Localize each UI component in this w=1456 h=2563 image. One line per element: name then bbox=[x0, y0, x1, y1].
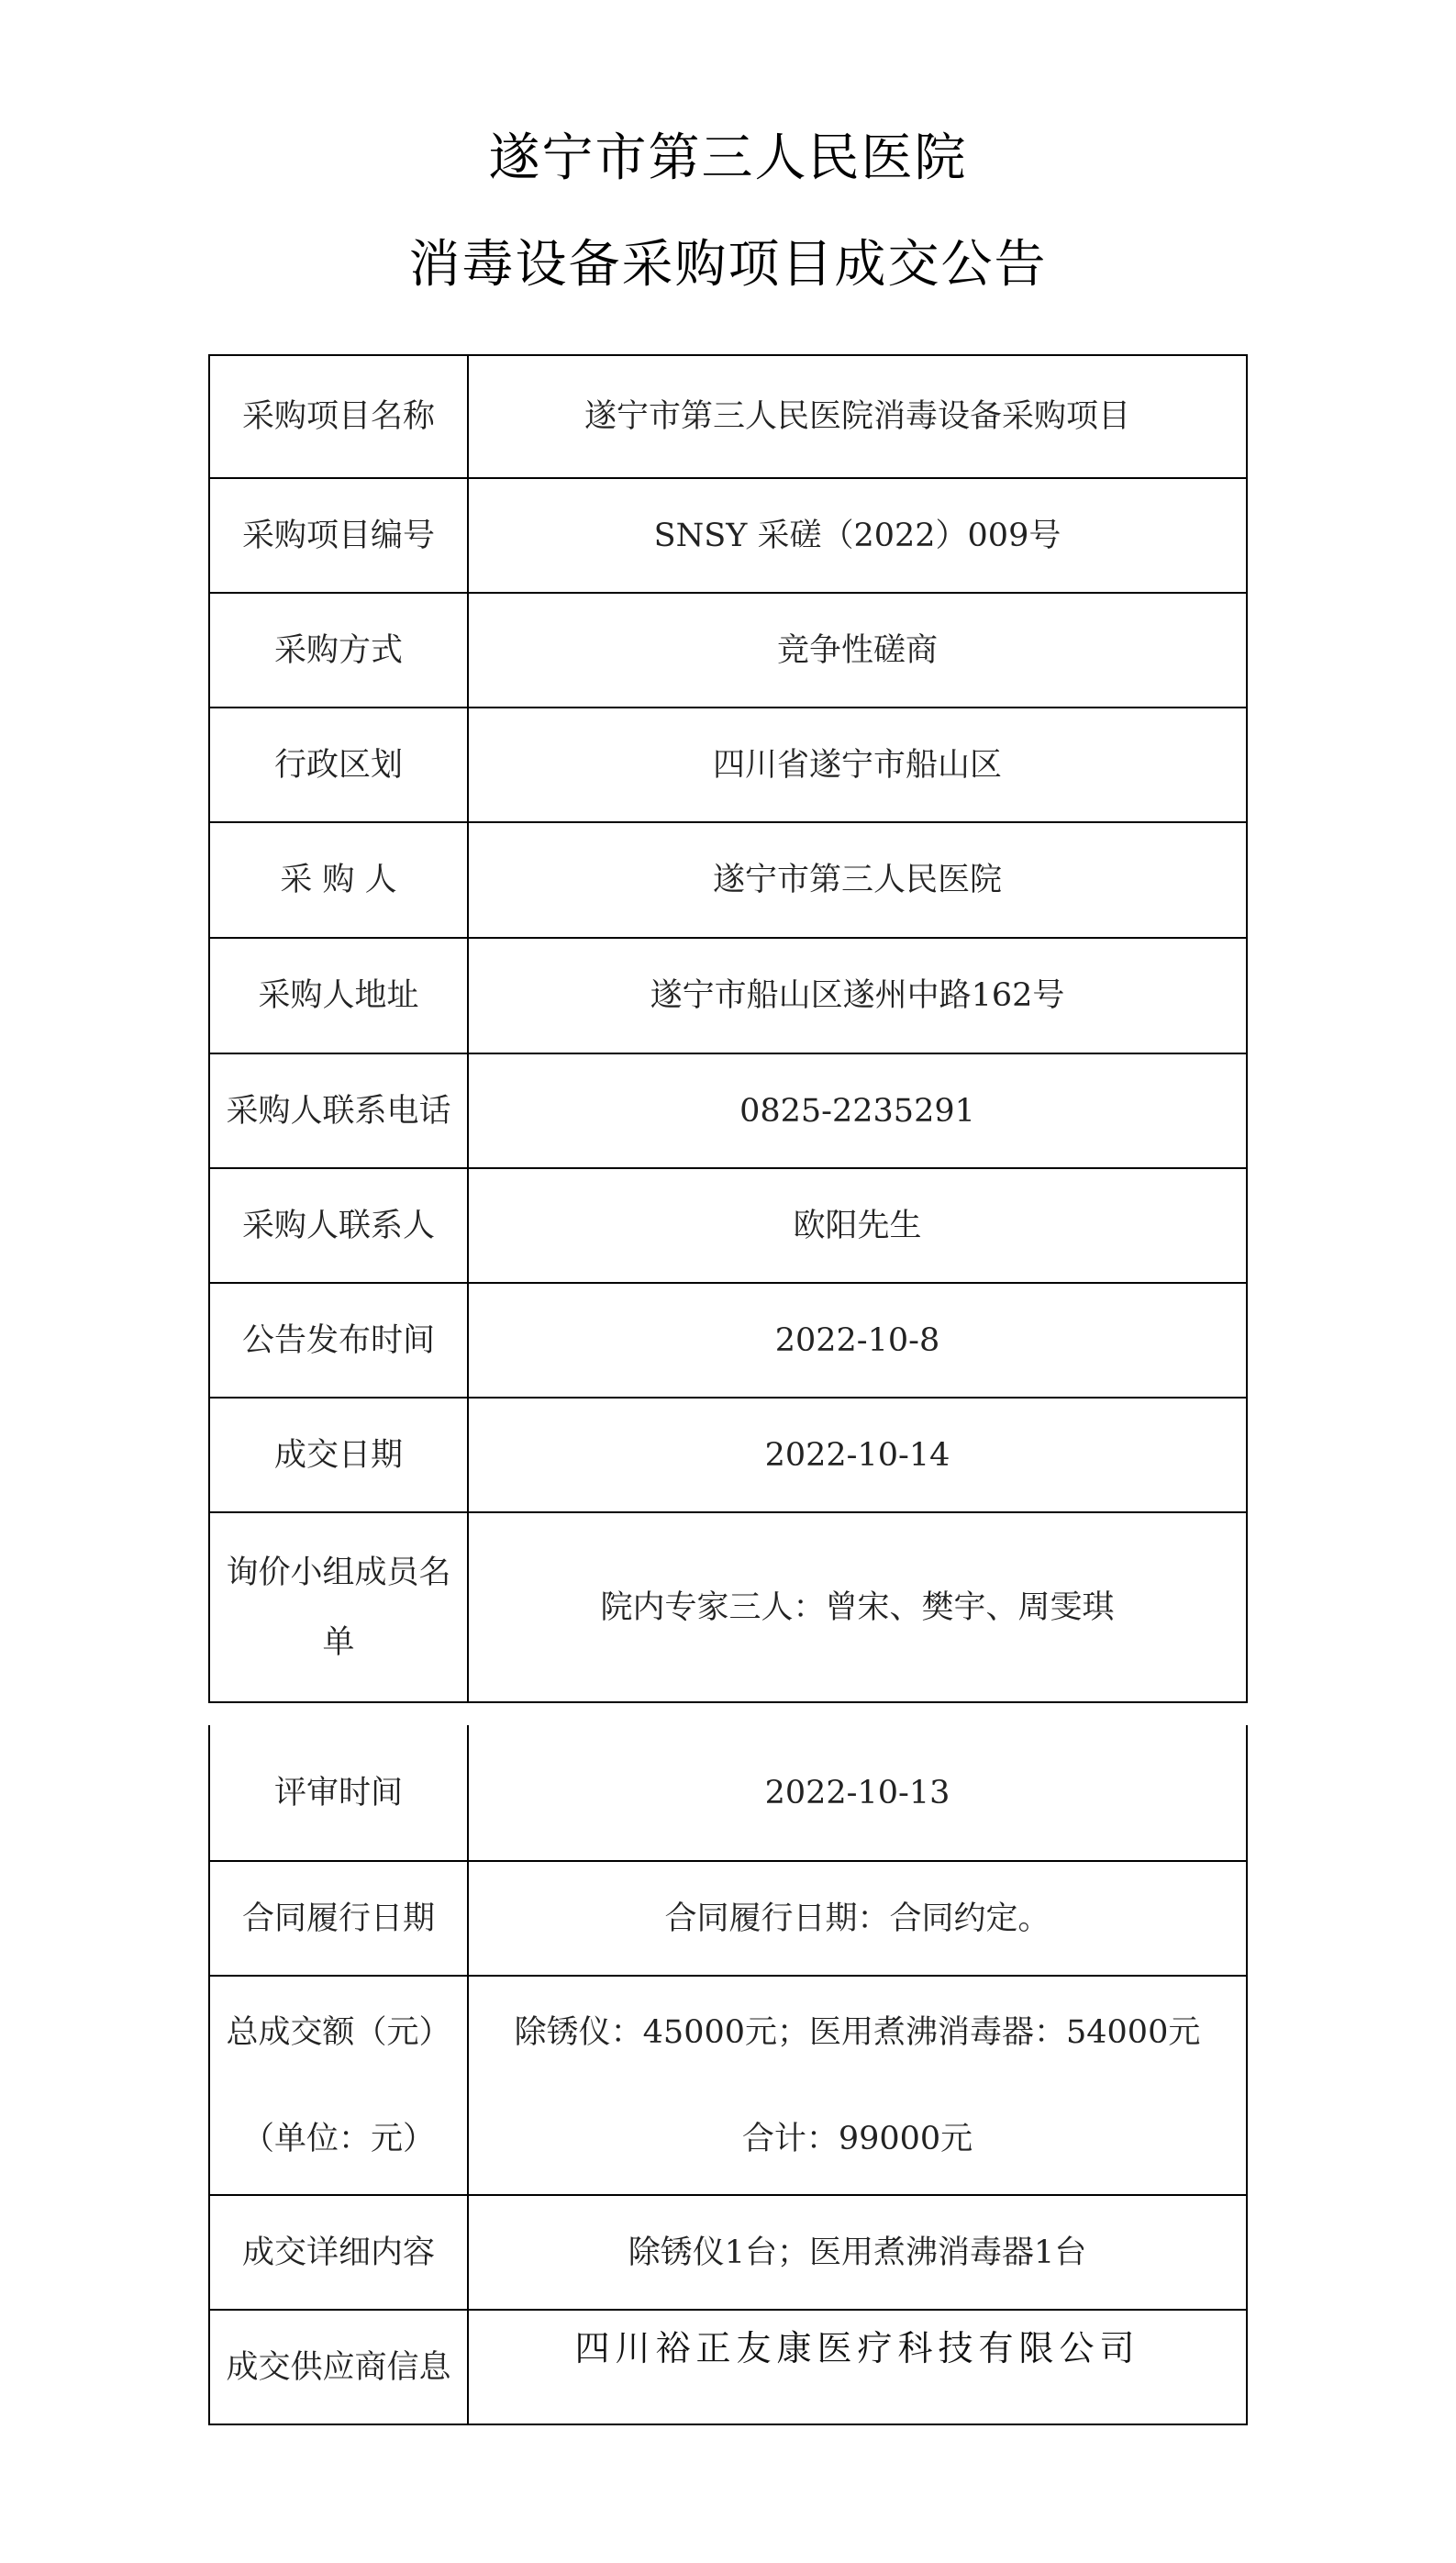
row-value-project-number: SNSY 采磋（2022）009号 bbox=[468, 478, 1247, 593]
table-row: 采购人地址 遂宁市船山区遂州中路162号 bbox=[209, 938, 1247, 1053]
table-row: 合同履行日期 合同履行日期：合同约定。 bbox=[209, 1861, 1247, 1976]
row-label-purchaser-address: 采购人地址 bbox=[209, 938, 468, 1053]
table-row: 评审时间 2022-10-13 bbox=[209, 1725, 1247, 1861]
row-label-project-name: 采购项目名称 bbox=[209, 355, 468, 478]
row-label-purchaser-phone: 采购人联系电话 bbox=[209, 1053, 468, 1168]
title-announcement: 消毒设备采购项目成交公告 bbox=[0, 233, 1456, 297]
table-row: 公告发布时间 2022-10-8 bbox=[209, 1283, 1247, 1398]
row-value-panel-members: 院内专家三人：曾宋、樊宇、周雯琪 bbox=[468, 1512, 1247, 1702]
table-row: 采购人联系人 欧阳先生 bbox=[209, 1168, 1247, 1283]
row-label-publish-date: 公告发布时间 bbox=[209, 1283, 468, 1398]
table-row: 成交详细内容 除锈仪1台；医用煮沸消毒器1台 bbox=[209, 2195, 1247, 2310]
row-label-purchaser-contact: 采购人联系人 bbox=[209, 1168, 468, 1283]
row-label-review-date: 评审时间 bbox=[209, 1725, 468, 1861]
document-title: 遂宁市第三人民医院 消毒设备采购项目成交公告 bbox=[0, 127, 1456, 340]
announcement-table-part-1: 采购项目名称 遂宁市第三人民医院消毒设备采购项目 采购项目编号 SNSY 采磋（… bbox=[208, 354, 1248, 1703]
table-row: 采 购 人 遂宁市第三人民医院 bbox=[209, 822, 1247, 938]
announcement-table-part-2: 评审时间 2022-10-13 合同履行日期 合同履行日期：合同约定。 总成交额… bbox=[208, 1725, 1248, 2425]
row-label-total-amount: 总成交额（元） （单位：元） bbox=[209, 1976, 468, 2195]
table-row: 成交供应商信息 四川裕正友康医疗科技有限公司 bbox=[209, 2310, 1247, 2424]
table-row: 询价小组成员名 单 院内专家三人：曾宋、樊宇、周雯琪 bbox=[209, 1512, 1247, 1702]
row-label-procurement-method: 采购方式 bbox=[209, 593, 468, 708]
table-row: 行政区划 四川省遂宁市船山区 bbox=[209, 708, 1247, 822]
row-value-deal-details: 除锈仪1台；医用煮沸消毒器1台 bbox=[468, 2195, 1247, 2310]
table-row: 采购人联系电话 0825-2235291 bbox=[209, 1053, 1247, 1168]
row-value-purchaser-phone: 0825-2235291 bbox=[468, 1053, 1247, 1168]
row-value-procurement-method: 竞争性磋商 bbox=[468, 593, 1247, 708]
supplier-name: 四川裕正友康医疗科技有限公司 bbox=[574, 2328, 1139, 2368]
row-value-purchaser: 遂宁市第三人民医院 bbox=[468, 822, 1247, 938]
row-value-total-amount: 除锈仪：45000元；医用煮沸消毒器：54000元 合计：99000元 bbox=[468, 1976, 1247, 2195]
row-value-review-date: 2022-10-13 bbox=[468, 1725, 1247, 1861]
row-value-region: 四川省遂宁市船山区 bbox=[468, 708, 1247, 822]
table-row: 采购项目名称 遂宁市第三人民医院消毒设备采购项目 bbox=[209, 355, 1247, 478]
row-label-deal-date: 成交日期 bbox=[209, 1398, 468, 1512]
row-label-panel-members: 询价小组成员名 单 bbox=[209, 1512, 468, 1702]
row-value-project-name: 遂宁市第三人民医院消毒设备采购项目 bbox=[468, 355, 1247, 478]
row-value-purchaser-address: 遂宁市船山区遂州中路162号 bbox=[468, 938, 1247, 1053]
row-label-supplier: 成交供应商信息 bbox=[209, 2310, 468, 2424]
row-value-supplier: 四川裕正友康医疗科技有限公司 bbox=[468, 2310, 1247, 2424]
title-hospital-name: 遂宁市第三人民医院 bbox=[0, 127, 1456, 191]
table-row: 成交日期 2022-10-14 bbox=[209, 1398, 1247, 1512]
table-row: 采购方式 竞争性磋商 bbox=[209, 593, 1247, 708]
row-label-contract-period: 合同履行日期 bbox=[209, 1861, 468, 1976]
row-label-deal-details: 成交详细内容 bbox=[209, 2195, 468, 2310]
row-label-project-number: 采购项目编号 bbox=[209, 478, 468, 593]
row-value-contract-period: 合同履行日期：合同约定。 bbox=[468, 1861, 1247, 1976]
table-row: 采购项目编号 SNSY 采磋（2022）009号 bbox=[209, 478, 1247, 593]
row-value-publish-date: 2022-10-8 bbox=[468, 1283, 1247, 1398]
row-value-deal-date: 2022-10-14 bbox=[468, 1398, 1247, 1512]
table-row: 总成交额（元） （单位：元） 除锈仪：45000元；医用煮沸消毒器：54000元… bbox=[209, 1976, 1247, 2195]
row-value-purchaser-contact: 欧阳先生 bbox=[468, 1168, 1247, 1283]
row-label-region: 行政区划 bbox=[209, 708, 468, 822]
row-label-purchaser: 采 购 人 bbox=[209, 822, 468, 938]
